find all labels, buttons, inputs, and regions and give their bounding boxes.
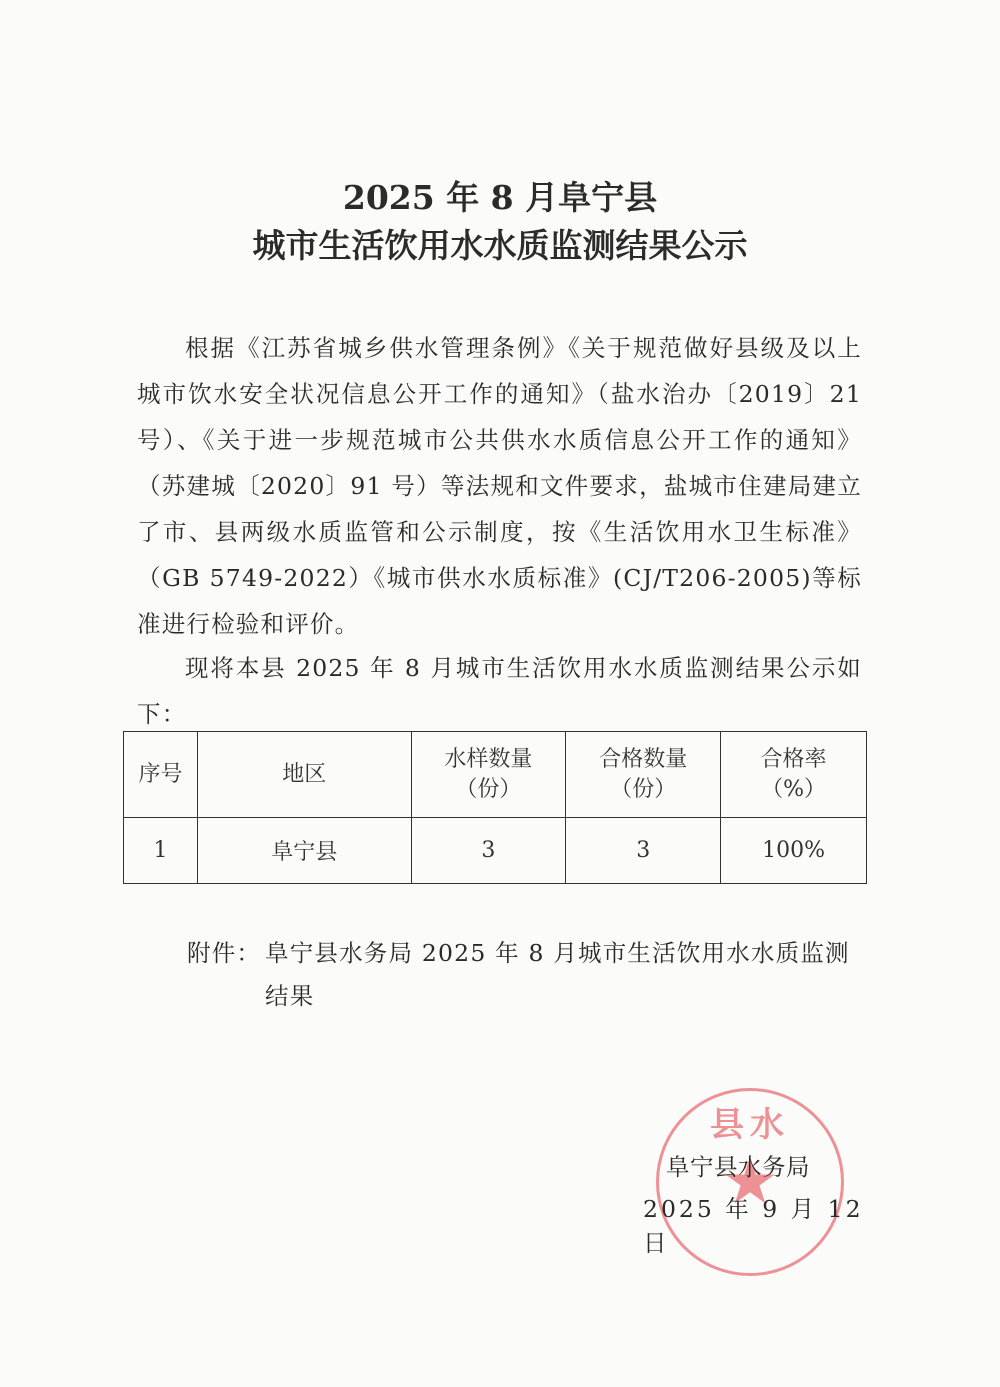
body-paragraph-1: 根据《江苏省城乡供水管理条例》《关于规范做好县级及以上城市饮水安全状况信息公开工… bbox=[137, 325, 862, 647]
attachment-text: 阜宁县水务局 2025 年 8 月城市生活饮用水水质监测结果 bbox=[265, 932, 865, 1018]
cell-qualified: 3 bbox=[566, 818, 721, 884]
table-row: 1 阜宁县 3 3 100% bbox=[124, 818, 867, 884]
cell-index: 1 bbox=[124, 818, 198, 884]
signature-date: 2025 年 9 月 12 日 bbox=[643, 1190, 883, 1258]
document-title-line2: 城市生活饮用水水质监测结果公示 bbox=[0, 220, 1000, 267]
cell-samples: 3 bbox=[411, 818, 566, 884]
body-paragraph-2: 现将本县 2025 年 8 月城市生活饮用水水质监测结果公示如下： bbox=[137, 645, 862, 737]
table-header-row: 序号 地区 水样数量 （份） 合格数量 （份） 合格率 （%） bbox=[124, 732, 867, 818]
seal-text: 县水 bbox=[710, 1097, 790, 1146]
signature-organization: 阜宁县水务局 bbox=[666, 1148, 906, 1182]
header-rate: 合格率 （%） bbox=[721, 732, 867, 818]
results-table: 序号 地区 水样数量 （份） 合格数量 （份） 合格率 （%） 1 阜宁县 3 … bbox=[123, 731, 867, 884]
header-region: 地区 bbox=[197, 732, 411, 818]
header-qualified: 合格数量 （份） bbox=[566, 732, 721, 818]
cell-region: 阜宁县 bbox=[197, 818, 411, 884]
header-samples: 水样数量 （份） bbox=[411, 732, 566, 818]
document-title-line1: 2025 年 8 月阜宁县 bbox=[0, 172, 1000, 219]
header-index: 序号 bbox=[124, 732, 198, 818]
attachment-label: 附件： bbox=[187, 932, 261, 975]
cell-rate: 100% bbox=[721, 818, 867, 884]
